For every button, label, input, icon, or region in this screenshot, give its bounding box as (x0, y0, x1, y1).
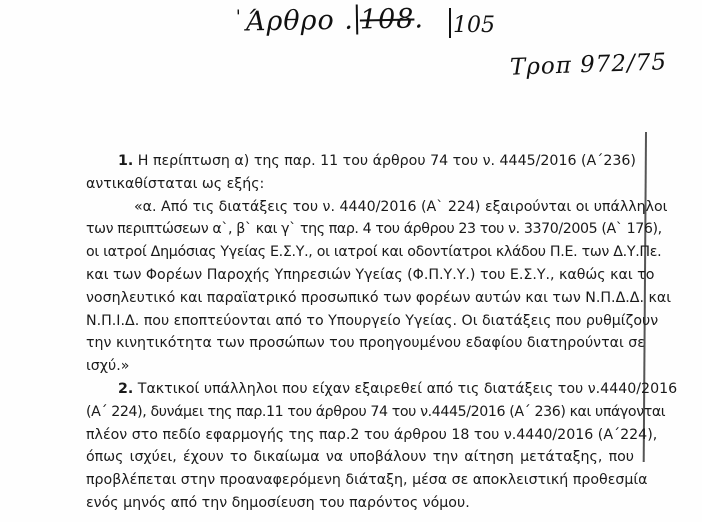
paragraph-2-line-6: ενός μηνός από την δημοσίευση του παρόντ… (86, 492, 634, 515)
paragraph-1-line-9: την κινητικότητα των προσώπων του προηγο… (86, 332, 634, 355)
line-text: Τακτικοί υπάλληλοι που είχαν εξαιρεθεί α… (138, 381, 677, 397)
paragraph-1-line-4: των περιπτώσεων α`, β` και γ` της παρ. 4… (86, 218, 634, 241)
handwritten-strike-bar (356, 5, 359, 35)
handwritten-article-heading: 'Άρθρο .108. (236, 3, 425, 37)
paragraph-1-line-8: Ν.Π.Ι.Δ. που εποπτεύονται από το Υπουργε… (86, 310, 634, 333)
paragraph-1-line-6: και των Φορέων Παροχής Υπηρεσιών Υγείας … (86, 264, 634, 287)
new-number-text: 105 (453, 13, 495, 38)
paragraph-1-line-2: αντικαθίσταται ως εξής: (86, 173, 634, 196)
paragraph-1-line-10: ισχύ.» (86, 355, 634, 378)
paragraph-2-line-1: 2. Τακτικοί υπάλληλοι που είχαν εξαιρεθε… (86, 378, 634, 401)
document-body: 1. Η περίπτωση α) της παρ. 11 του άρθρου… (86, 150, 634, 515)
paragraph-1-line-7: νοσηλευτικό και παραϊατρικό προσωπικό τω… (86, 287, 634, 310)
line-text: Η περίπτωση α) της παρ. 11 του άρθρου 74… (138, 153, 636, 169)
handwritten-amendment-reference: Τροπ 972/75 (510, 49, 668, 80)
handwritten-bar (449, 8, 451, 38)
handwritten-article-word: Άρθρο . (246, 5, 354, 38)
paragraph-1: 1. Η περίπτωση α) της παρ. 11 του άρθρου… (86, 150, 634, 378)
paragraph-1-line-3: «α. Από τις διατάξεις του ν. 4440/2016 (… (86, 196, 634, 219)
paragraph-2-line-5: προβλέπεται στην προαναφερόμενη διάταξη,… (86, 469, 634, 492)
paragraph-number: 2. (118, 381, 133, 397)
paragraph-2-line-2: (Α΄ 224), δυνάμει της παρ.11 του άρθρου … (86, 401, 634, 424)
paragraph-2: 2. Τακτικοί υπάλληλοι που είχαν εξαιρεθε… (86, 378, 634, 515)
paragraph-1-line-5: οι ιατροί Δημόσιας Υγείας Ε.Σ.Υ., οι ιατ… (86, 241, 634, 264)
handwritten-apostrophe: ' (236, 7, 242, 28)
paragraph-2-line-3: πλέον στο πεδίο εφαρμογής της παρ.2 του … (86, 424, 634, 447)
handwritten-new-article-number: 105 (447, 8, 495, 38)
paragraph-1-line-1: 1. Η περίπτωση α) της παρ. 11 του άρθρου… (86, 150, 634, 173)
paragraph-2-line-4: όπως ισχύει, έχουν το δικαίωμα να υποβάλ… (86, 446, 634, 469)
scanned-document-page: 'Άρθρο .108. 105 Τροπ 972/75 1. Η περίπτ… (0, 0, 702, 522)
paragraph-number: 1. (118, 153, 133, 169)
handwritten-old-article-number: 108 (360, 4, 415, 36)
